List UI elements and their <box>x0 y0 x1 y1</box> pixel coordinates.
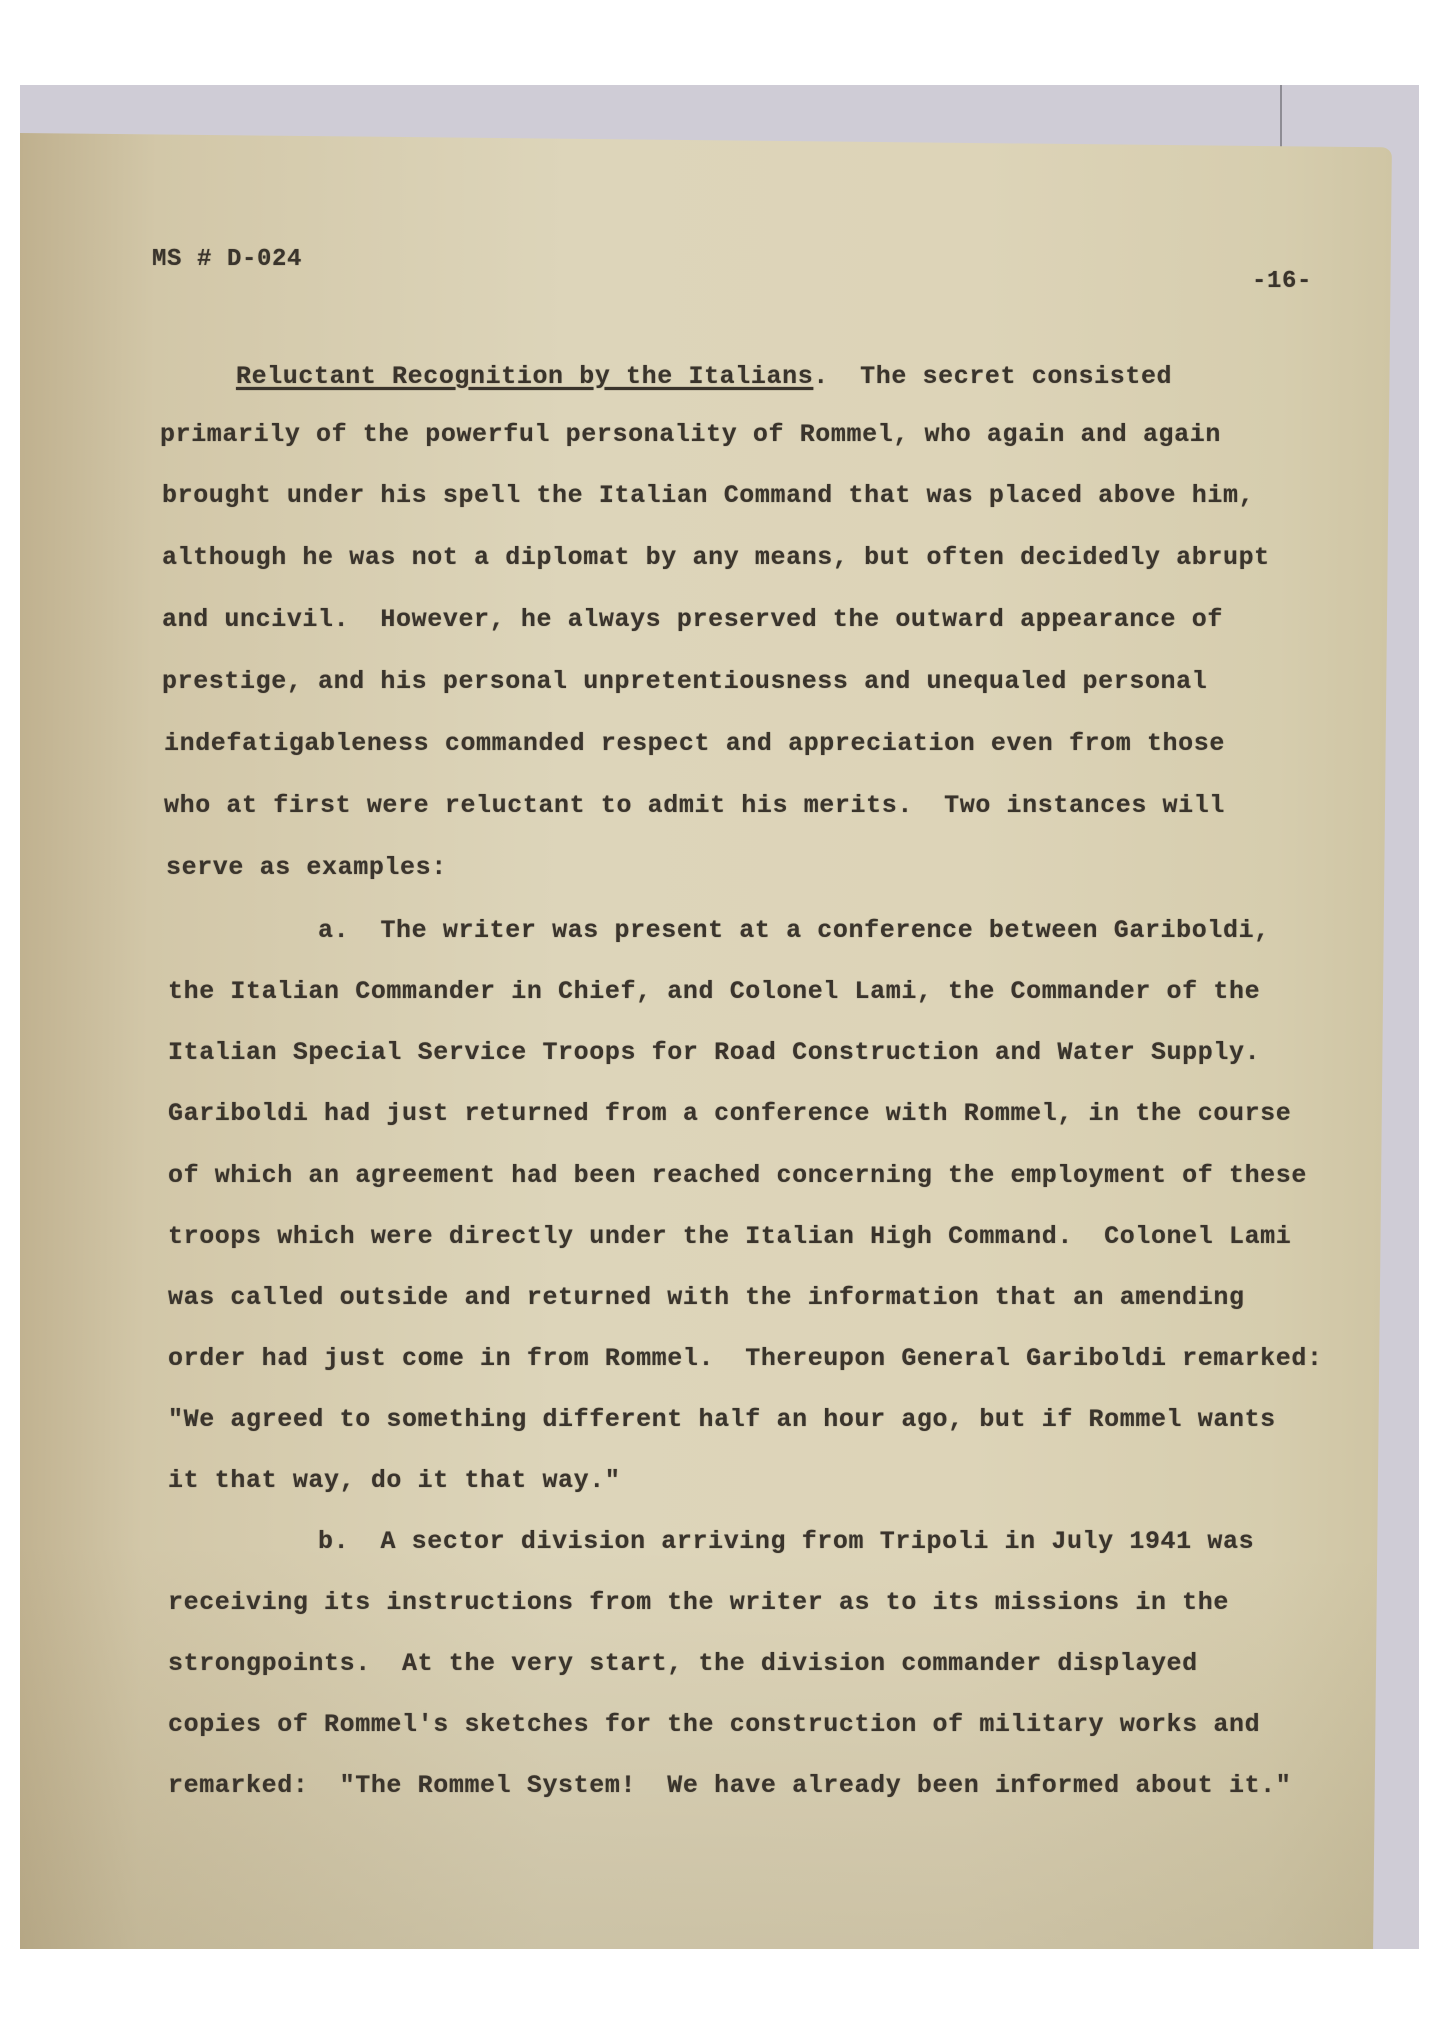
paragraph-b-line-1: b. A sector division arriving from Tripo… <box>318 1527 1254 1556</box>
paragraph-b-line-2: receiving its instructions from the writ… <box>168 1588 1229 1617</box>
paragraph-a-line-10: it that way, do it that way." <box>168 1466 620 1495</box>
paragraph-a-line-5: of which an agreement had been reached c… <box>168 1161 1307 1190</box>
paragraph-a-line-4: Gariboldi had just returned from a confe… <box>168 1099 1291 1128</box>
paragraph-1-line-1: Reluctant Recognition by the Italians. T… <box>236 362 1172 391</box>
paragraph-1-line-6: prestige, and his personal unpretentious… <box>162 667 1207 696</box>
paragraph-b-line-3: strongpoints. At the very start, the div… <box>168 1649 1198 1678</box>
paragraph-1-line-7: indefatigableness commanded respect and … <box>164 729 1225 758</box>
paragraph-a-line-6: troops which were directly under the Ita… <box>168 1222 1291 1251</box>
paragraph-1-line-5: and uncivil. However, he always preserve… <box>162 605 1223 634</box>
typewritten-page: MS # D-024 -16- Reluctant Recognition by… <box>0 0 1440 2037</box>
paragraph-b-line-5: remarked: "The Rommel System! We have al… <box>168 1771 1291 1800</box>
paragraph-1-line-3: brought under his spell the Italian Comm… <box>162 481 1254 510</box>
heading-period: . <box>813 362 860 391</box>
paragraph-a-line-3: Italian Special Service Troops for Road … <box>168 1038 1260 1067</box>
manuscript-number: MS # D-024 <box>152 246 302 273</box>
item-label-b: b. <box>318 1527 349 1556</box>
page-number: -16- <box>1252 268 1312 295</box>
paragraph-a-line-1: a. The writer was present at a conferenc… <box>318 916 1270 945</box>
paragraph-a-line-7: was called outside and returned with the… <box>168 1283 1245 1312</box>
paragraph-1-line-9: serve as examples: <box>166 853 447 882</box>
paragraph-a-line-9: "We agreed to something different half a… <box>168 1405 1276 1434</box>
paragraph-1-line-8: who at first were reluctant to admit his… <box>164 791 1225 820</box>
paragraph-a-line-2: the Italian Commander in Chief, and Colo… <box>168 977 1260 1006</box>
item-label-a: a. <box>318 916 349 945</box>
paragraph-b-line-4: copies of Rommel's sketches for the cons… <box>168 1710 1260 1739</box>
paragraph-1-line-4: although he was not a diplomat by any me… <box>162 543 1270 572</box>
section-heading: Reluctant Recognition by the Italians <box>236 362 813 391</box>
paragraph-a-line-8: order had just come in from Rommel. Ther… <box>168 1344 1323 1373</box>
paragraph-1-line-2: primarily of the powerful personality of… <box>160 420 1221 449</box>
